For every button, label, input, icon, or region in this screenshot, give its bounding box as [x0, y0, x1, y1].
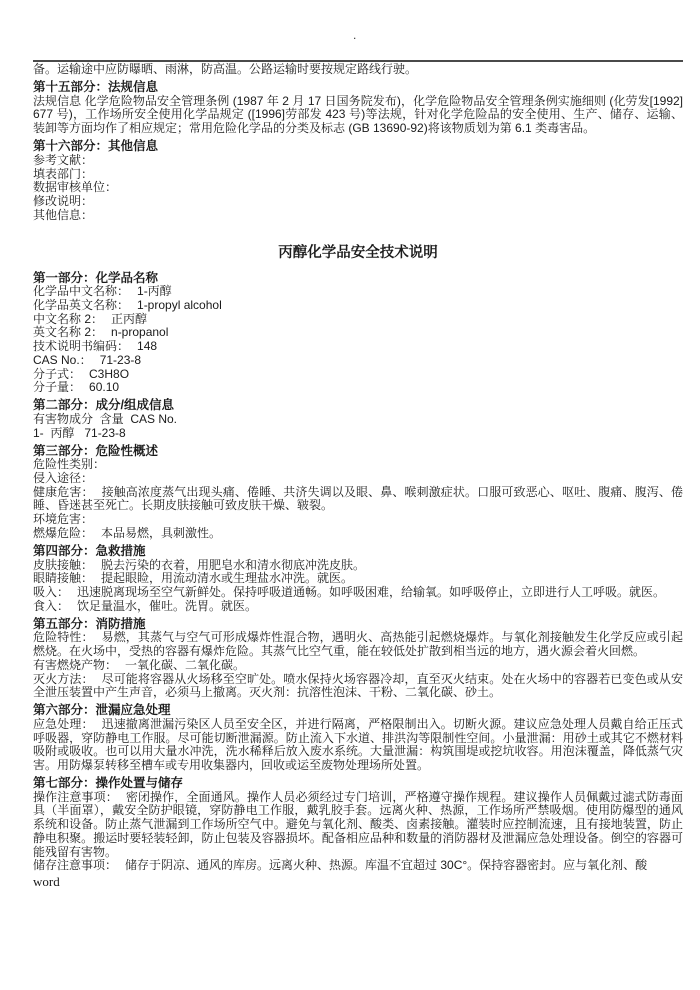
entry-label: 食入：	[33, 599, 69, 613]
document-title: 丙醇化学品安全技术说明	[33, 246, 683, 262]
field-value: C3H8O	[89, 367, 129, 381]
entry-extinguishing-methods: 灭火方法：尽可能将容器从火场移至空旷处。喷水保持火场容器冷却，直至灭火结束。处在…	[33, 673, 683, 700]
entry-hazard-characteristics: 危险特性：易燃，其蒸气与空气可形成爆炸性混合物，遇明火、高热能引起燃烧爆炸。与氧…	[33, 631, 683, 658]
entry-text: 本品易燃，具刺激性。	[101, 526, 221, 540]
entry-health-hazard: 健康危害：接触高浓度蒸气出现头痛、倦睡、共济失调以及眼、鼻、喉刺激症状。口服可致…	[33, 486, 683, 513]
field-label: 中文名称 2：	[33, 312, 103, 326]
field-tech-sheet-code: 技术说明书编码：148	[33, 340, 683, 354]
field-chinese-name: 化学品中文名称：1-丙醇	[33, 285, 683, 299]
entry-text: 接触高浓度蒸气出现头痛、倦睡、共济失调以及眼、鼻、喉刺激症状。口服可致恶心、呕吐…	[33, 485, 683, 513]
entry-inhalation: 吸入：迅速脱离现场至空气新鲜处。保持呼吸道通畅。如呼吸困难，给输氧。如呼吸停止，…	[33, 586, 683, 600]
field-label: 化学品英文名称：	[33, 298, 129, 312]
entry-text: 饮足量温水，催吐。洗胃。就医。	[77, 599, 257, 613]
entry-text: 迅速撤离泄漏污染区人员至安全区，并进行隔离，严格限制出入。切断火源。建议应急处理…	[33, 717, 683, 772]
section15-body: 法规信息 化学危险物品安全管理条例 (1987 年 2 月 17 日国务院发布)…	[33, 95, 683, 136]
field-value: 1-丙醇	[137, 284, 172, 298]
field-value: 1-propyl alcohol	[137, 298, 222, 312]
document-body: 备。运输途中应防曝晒、雨淋，防高温。公路运输时要按规定路线行驶。 第十五部分：法…	[33, 63, 683, 890]
composition-row: 1- 丙醇 71-23-8	[33, 427, 683, 441]
entry-ingestion: 食入：饮足量温水，催吐。洗胃。就医。	[33, 600, 683, 614]
entry-label: 操作注意事项：	[33, 790, 118, 804]
field-label: 化学品中文名称：	[33, 284, 129, 298]
data-review-unit-line: 数据审核单位：	[33, 181, 683, 195]
entry-combustion-products: 有害燃烧产物：一氧化碳、二氧化碳。	[33, 659, 683, 673]
header-mark: .	[353, 29, 356, 41]
revision-note-line: 修改说明：	[33, 195, 683, 209]
entry-label: 健康危害：	[33, 485, 94, 499]
entry-label: 有害燃烧产物：	[33, 658, 117, 672]
document-page: . 备。运输途中应防曝晒、雨淋，防高温。公路运输时要按规定路线行驶。 第十五部分…	[0, 0, 700, 990]
entry-text: 提起眼睑，用流动清水或生理盐水冲洗。就医。	[101, 571, 353, 585]
field-cas-no: CAS No.：71-23-8	[33, 354, 683, 368]
entry-eye-contact: 眼睛接触：提起眼睑，用流动清水或生理盐水冲洗。就医。	[33, 572, 683, 586]
field-label: 分子式：	[33, 367, 81, 381]
field-molecular-weight: 分子量：60.10	[33, 381, 683, 395]
other-info-line: 其他信息：	[33, 209, 683, 223]
entry-fire-explosion-hazard: 燃爆危险：本品易燃，具刺激性。	[33, 527, 683, 541]
entry-label: 吸入：	[33, 585, 69, 599]
entry-label: 皮肤接触：	[33, 558, 93, 572]
entry-label: 环境危害：	[33, 512, 93, 526]
field-english-name-2: 英文名称 2：n-propanol	[33, 326, 683, 340]
references-line: 参考文献：	[33, 154, 683, 168]
field-chinese-name-2: 中文名称 2：正丙醇	[33, 313, 683, 327]
field-value: n-propanol	[111, 325, 168, 339]
entry-environment-hazard: 环境危害：	[33, 513, 683, 527]
entry-label: 眼睛接触：	[33, 571, 93, 585]
entry-text: 密闭操作，全面通风。操作人员必须经过专门培训，严格遵守操作规程。建议操作人员佩戴…	[33, 790, 683, 859]
section16-heading: 第十六部分：其他信息	[33, 139, 683, 154]
entry-exposure-route: 侵入途径：	[33, 472, 683, 486]
entry-label: 侵入途径：	[33, 471, 93, 485]
field-value: 正丙醇	[111, 312, 147, 326]
entry-label: 危险特性：	[33, 630, 94, 644]
field-label: 分子量：	[33, 380, 81, 394]
entry-hazard-category: 危险性类别：	[33, 458, 683, 472]
entry-label: 燃爆危险：	[33, 526, 93, 540]
page-footer-word: word	[33, 874, 683, 890]
section4-heading: 第四部分：急救措施	[33, 544, 683, 559]
field-label: 英文名称 2：	[33, 325, 103, 339]
entry-text: 易燃，其蒸气与空气可形成爆炸性混合物，遇明火、高热能引起燃烧爆炸。与氧化剂接触发…	[33, 630, 683, 658]
entry-text: 储存于阴凉、通风的库房。远离火种、热源。库温不宜超过 30C°。保持容器密封。应…	[125, 858, 647, 872]
form-department-line: 填表部门：	[33, 168, 683, 182]
entry-label: 储存注意事项：	[33, 858, 117, 872]
entry-text: 尽可能将容器从火场移至空旷处。喷水保持火场容器冷却，直至灭火结束。处在火场中的容…	[33, 672, 683, 700]
entry-emergency-response: 应急处理：迅速撤离泄漏污染区人员至安全区，并进行隔离，严格限制出入。切断火源。建…	[33, 718, 683, 773]
section7-heading: 第七部分：操作处置与储存	[33, 776, 683, 791]
entry-storage-precautions: 储存注意事项：储存于阴凉、通风的库房。远离火种、热源。库温不宜超过 30C°。保…	[33, 859, 683, 873]
field-value: 148	[137, 339, 157, 353]
field-value: 71-23-8	[100, 353, 141, 367]
field-value: 60.10	[89, 380, 119, 394]
carryover-text: 备。运输途中应防曝晒、雨淋，防高温。公路运输时要按规定路线行驶。	[33, 63, 683, 77]
entry-label: 应急处理：	[33, 717, 94, 731]
entry-handling-precautions: 操作注意事项：密闭操作，全面通风。操作人员必须经过专门培训，严格遵守操作规程。建…	[33, 791, 683, 860]
section1-heading: 第一部分：化学品名称	[33, 271, 683, 286]
section3-heading: 第三部分：危险性概述	[33, 444, 683, 459]
section15-heading: 第十五部分：法规信息	[33, 80, 683, 95]
section6-heading: 第六部分：泄漏应急处理	[33, 703, 683, 718]
entry-text: 一氧化碳、二氧化碳。	[125, 658, 245, 672]
entry-text: 迅速脱离现场至空气新鲜处。保持呼吸道通畅。如呼吸困难，给输氧。如呼吸停止，立即进…	[77, 585, 665, 599]
entry-text: 脱去污染的衣着，用肥皂水和清水彻底冲洗皮肤。	[101, 558, 365, 572]
field-molecular-formula: 分子式：C3H8O	[33, 368, 683, 382]
field-english-name: 化学品英文名称：1-propyl alcohol	[33, 299, 683, 313]
field-label: CAS No.：	[33, 353, 92, 367]
entry-label: 灭火方法：	[33, 672, 94, 686]
entry-label: 危险性类别：	[33, 457, 105, 471]
section2-heading: 第二部分：成分/组成信息	[33, 398, 683, 413]
composition-columns: 有害物成分 含量 CAS No.	[33, 413, 683, 427]
field-label: 技术说明书编码：	[33, 339, 129, 353]
